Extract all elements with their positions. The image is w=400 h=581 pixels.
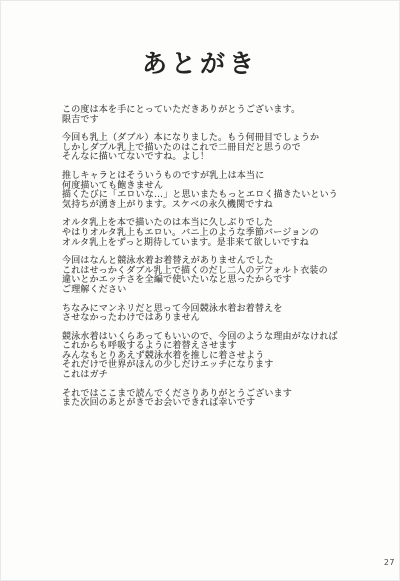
paragraph: それではここまで読んでくださりありがとうございます また次回のあとがきでお会いで…	[62, 390, 372, 409]
text-line: させなかったわけではありません	[62, 314, 372, 324]
text-line: この度は本を手にとっていただきありがとうございます。	[62, 106, 372, 116]
page-title: あとがき	[0, 44, 400, 80]
afterword-page: あとがき この度は本を手にとっていただきありがとうございます。 限吉です 今回も…	[0, 0, 400, 581]
paragraph: 競泳水着はいくらあってもいいので、今回のような理由がなければ これからも呼吸する…	[62, 333, 372, 381]
paragraph: 今回も乳上（ダブル）本になりました。もう何冊目でしょうか しかしダブル乳上で描い…	[62, 134, 372, 163]
text-line: 限吉です	[62, 116, 372, 126]
paragraph: この度は本を手にとっていただきありがとうございます。 限吉です	[62, 106, 372, 125]
paragraph: オルタ乳上を本で描いたのは本当に久しぶりでした やはりオルタ乳上もエロい。バニ上…	[62, 219, 372, 248]
text-line: ご理解ください	[62, 286, 372, 296]
text-line: それだけで世界がほんの少しだけエッチになります	[62, 361, 372, 371]
text-line: これはガチ	[62, 371, 372, 381]
paragraph: ちなみにマンネリだと思って今回競泳水着お着替えを させなかったわけではありません	[62, 305, 372, 324]
text-line: また次回のあとがきでお会いできれば幸いです	[62, 399, 372, 409]
paragraph: 今回はなんと競泳水着お着替えがありませんでした これはせっかくダブル乳上で描くの…	[62, 257, 372, 295]
afterword-body: この度は本を手にとっていただきありがとうございます。 限吉です 今回も乳上（ダブ…	[62, 106, 372, 418]
page-number: 27	[384, 558, 395, 567]
text-line: オルタ乳上をずっと期待しています。是非来て欲しいですね	[62, 239, 372, 249]
text-line: そんなに描いてないですね。よし！	[62, 153, 372, 163]
paragraph: 推しキャラとはそういうものですが乳上は本当に 何度描いても飽きません 描くたびに…	[62, 172, 372, 210]
text-line: 気持ちが湧き上がります。スケベの永久機関ですね	[62, 201, 372, 211]
